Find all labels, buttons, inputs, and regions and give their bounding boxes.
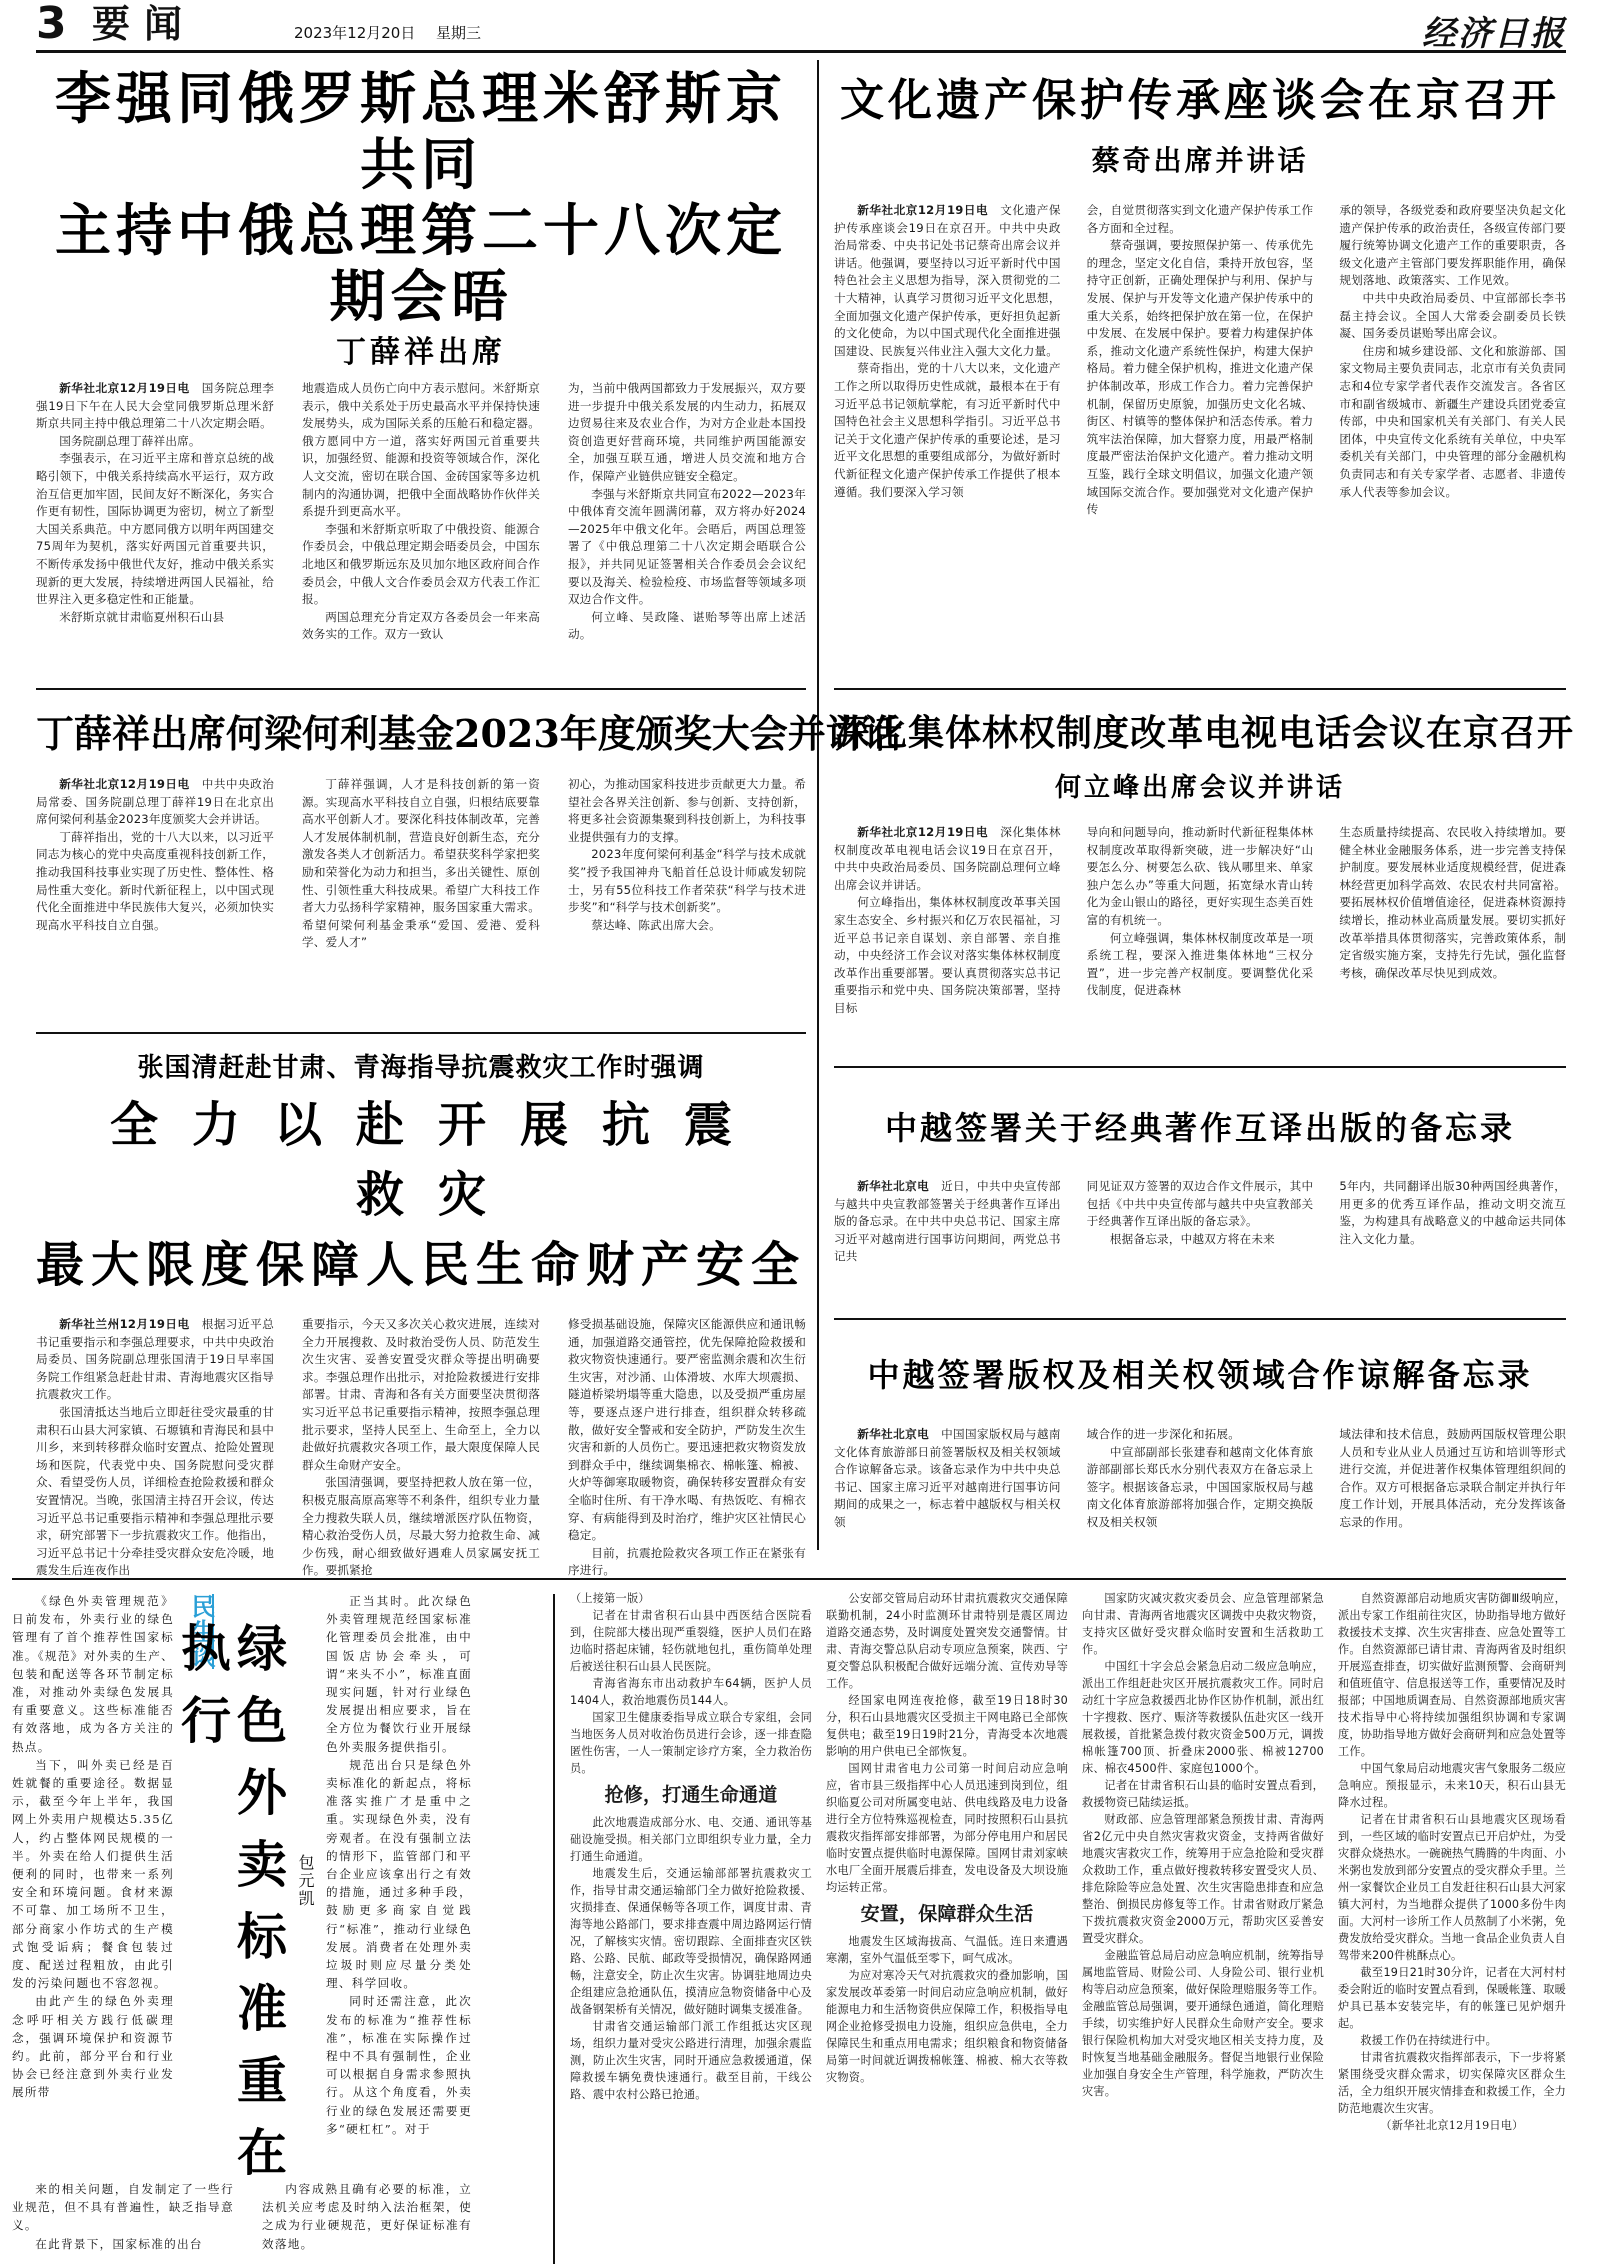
paragraph: 金融监管总局启动应急响应机制，统筹指导属地监管局、财险公司、人身险公司、银行业机… bbox=[1082, 1947, 1324, 2100]
page-number: 3 bbox=[36, 2, 67, 46]
masthead-rule bbox=[36, 50, 1566, 53]
dateline: 新华社北京电 bbox=[857, 1179, 929, 1193]
section-subhead: 安置，保障群众生活 bbox=[826, 1906, 1068, 1923]
paragraph: 规范出台只是绿色外卖标准化的新起点，将标准落实推广才是重中之重。实现绿色外卖，没… bbox=[326, 1756, 472, 1993]
section-subhead: 抢修，打通生命通道 bbox=[570, 1787, 812, 1804]
commentary-col1: 《绿色外卖管理规范》日前发布，外卖行业的绿色管理有了首个推荐性国家标准。《规范》… bbox=[12, 1592, 174, 2102]
section-rule bbox=[834, 688, 1566, 690]
paragraph: 导向和问题导向，推动新时代新征程集体林权制度改革取得新突破，进一步解决好“山要怎… bbox=[1087, 824, 1314, 930]
continued-col3: 国家防灾减灾救灾委员会、应急管理部紧急向甘肃、青海两省地震灾区调拨中央救灾物资，… bbox=[1082, 1590, 1324, 2100]
column-divider bbox=[553, 1594, 555, 2264]
dateline: 新华社北京12月19日电 bbox=[59, 777, 189, 791]
dateline: 新华社北京电 bbox=[857, 1427, 929, 1441]
paragraph: 蔡达峰、陈武出席大会。 bbox=[568, 917, 806, 935]
paragraph: 记者在甘肃省积石山县中西医结合医院看到，住院部大楼出现严重裂缝，医护人员们在路边… bbox=[570, 1607, 812, 1675]
headline: 中越签署版权及相关权领域合作谅解备忘录 bbox=[834, 1330, 1566, 1420]
headline: 主持中俄总理第二十八次定期会晤 bbox=[36, 198, 806, 330]
headline: 全力以赴开展抗震救灾 bbox=[36, 1090, 806, 1230]
paragraph: 救援工作仍在持续进行中。 bbox=[1338, 2032, 1566, 2049]
paragraph: 蔡奇指出，党的十八大以来，文化遗产工作之所以取得历史性成就，最根本在于有习近平总… bbox=[834, 360, 1061, 501]
jump-note: （上接第一版） bbox=[570, 1590, 812, 1607]
commentary-green-delivery: 《绿色外卖管理规范》日前发布，外卖行业的绿色管理有了首个推荐性国家标准。《规范》… bbox=[12, 1592, 542, 2262]
continued-col2: 公安部交管局启动环甘肃抗震救灾交通保障联勤机制，24小时监测环甘肃特别是震区周边… bbox=[826, 1590, 1068, 2086]
headline: 最大限度保障人民生命财产安全 bbox=[36, 1230, 806, 1300]
subheadline: 何立峰出席会议并讲话 bbox=[834, 766, 1566, 810]
paragraph: 《绿色外卖管理规范》日前发布，外卖行业的绿色管理有了首个推荐性国家标准。《规范》… bbox=[12, 1592, 174, 1756]
paragraph: 国网甘肃省电力公司第一时间启动应急响应，省市县三级指挥中心人员迅速到岗到位，组织… bbox=[826, 1760, 1068, 1896]
paragraph: 中宣部副部长张建春和越南文化体育旅游部副部长郑氏水分别代表双方在备忘录上签字。根… bbox=[1087, 1444, 1314, 1532]
paragraph: 中国气象局启动地震灾害气象服务二级应急响应。预报显示，未来10天，积石山县无降水… bbox=[1338, 1760, 1566, 1811]
article-body: 新华社北京电 中国国家版权局与越南文化体育旅游部日前签署版权及相关权领域合作谅解… bbox=[834, 1426, 1566, 1532]
paragraph: 为，当前中俄两国都致力于发展振兴，双方要进一步提升中俄关系发展的内生动力，拓展双… bbox=[568, 380, 806, 486]
paragraph: 为应对寒冷天气对抗震救灾的叠加影响，国家发展改革委第一时间启动应急响应机制，做好… bbox=[826, 1967, 1068, 2086]
paragraph: 在此背景下，国家标准的出台 bbox=[12, 2235, 234, 2253]
paragraph: 同见证双方签署的双边合作文件展示，其中包括《中共中央宣传部与越共中央宣教部关于经… bbox=[1087, 1178, 1314, 1231]
paragraph: 根据备忘录，中越双方将在未来 bbox=[1087, 1231, 1314, 1249]
paragraph: 地震发生后，交通运输部部署抗震救灾工作，指导甘肃交通运输部门全力做好抢险救援、灾… bbox=[570, 1865, 812, 2018]
headline: 中越签署关于经典著作互译出版的备忘录 bbox=[834, 1080, 1566, 1176]
paragraph: 蔡奇强调，要按照保护第一、传承优先的理念，坚定文化自信，秉持开放包容，坚持守正创… bbox=[1087, 237, 1314, 519]
section-rule bbox=[36, 1032, 806, 1034]
paragraph: 公安部交管局启动环甘肃抗震救灾交通保障联勤机制，24小时监测环甘肃特别是震区周边… bbox=[826, 1590, 1068, 1692]
commentary-col1-bottom: 来的相关问题，自发制定了一些行业规范，但不具有普遍性，缺乏指导意义。 在此背景下… bbox=[12, 2180, 234, 2253]
paragraph: 米舒斯京就甘肃临夏州积石山县 bbox=[36, 609, 274, 627]
commentary-headline: 绿色外卖标准重在执行 bbox=[230, 1622, 286, 2262]
paragraph: 地震发生区域海拔高、气温低。连日来遭遇寒潮，室外气温低至零下，呵气成冰。 bbox=[826, 1933, 1068, 1967]
paragraph: 记者在甘肃省积石山县的临时安置点看到，救援物资已陆续运抵。 bbox=[1082, 1777, 1324, 1811]
paragraph: 何立峰强调，集体林权制度改革是一项系统工程，要深入推进集体林地“三权分置”，进一… bbox=[1087, 930, 1314, 1000]
continued-col4: 自然资源部启动地质灾害防御Ⅲ级响应，派出专家工作组前往灾区，协助指导地方做好救援… bbox=[1338, 1590, 1566, 2134]
continued-report: （上接第一版） 记者在甘肃省积石山县中西医结合医院看到，住院部大楼出现严重裂缝，… bbox=[570, 1590, 1566, 2262]
headline: 文化遗产保护传承座谈会在京召开 bbox=[834, 66, 1566, 136]
paragraph: 中国国家版权局与越南文化体育旅游部日前签署版权及相关权领域合作谅解备忘录。该备忘… bbox=[834, 1427, 1061, 1529]
continued-col1: （上接第一版） 记者在甘肃省积石山县中西医结合医院看到，住院部大楼出现严重裂缝，… bbox=[570, 1590, 812, 2103]
paragraph: 李强与米舒斯京共同宣布2022—2023年中俄体育交流年圆满闭幕，双方将办好20… bbox=[568, 486, 806, 609]
kicker: 张国清赶赴甘肃、青海指导抗震救灾工作时强调 bbox=[36, 1046, 806, 1090]
paragraph: 张国清抵达当地后立即赶往受灾最重的甘肃积石山县大河家镇、石塬镇和青海民和县中川乡… bbox=[36, 1404, 274, 1580]
article-body: 新华社北京12月19日电 文化遗产保护传承座谈会19日在京召开。中共中央政治局常… bbox=[834, 202, 1566, 519]
paragraph: 何立峰指出，集体林权制度改革事关国家生态安全、乡村振兴和亿万农民福祉，习近平总书… bbox=[834, 894, 1061, 1017]
article-forest-rights: 深化集体林权制度改革电视电话会议在京召开 何立峰出席会议并讲话 新华社北京12月… bbox=[834, 700, 1566, 1018]
issue-date: 2023年12月20日 bbox=[294, 22, 415, 43]
dateline: 新华社北京12月19日电 bbox=[857, 203, 988, 217]
paragraph: 同时还需注意，此次发布的标准为“推荐性标准”，标准在实际操作过程中不具有强制性，… bbox=[326, 1992, 472, 2138]
masthead: 3 要闻 2023年12月20日 星期三 经济日报 bbox=[36, 0, 1566, 48]
paragraph: 两国总理充分肯定双方各委员会一年来高效务实的工作。双方一致认 bbox=[302, 609, 540, 644]
article-body: 新华社北京12月19日电 深化集体林权制度改革电视电话会议19日在京召开，中共中… bbox=[834, 824, 1566, 1018]
section-name: 要闻 bbox=[92, 4, 196, 44]
paragraph: 当下，叫外卖已经是百姓就餐的重要途径。数据显示，截至今年上半年，我国网上外卖用户… bbox=[12, 1756, 174, 1993]
paragraph: 丁薛祥指出，党的十八大以来，以习近平同志为核心的党中央高度重视科技创新工作，推动… bbox=[36, 829, 274, 935]
bottom-section-rule bbox=[12, 1578, 1566, 1580]
paragraph: 域合作的进一步深化和拓展。 bbox=[1087, 1426, 1314, 1444]
section-rule bbox=[834, 1066, 1566, 1068]
issue-weekday: 星期三 bbox=[436, 22, 481, 43]
paragraph: 经国家电网连夜抢修，截至19日18时30分，积石山县地震灾区受损主干网电路已全部… bbox=[826, 1692, 1068, 1760]
paragraph: 记者在甘肃省积石山县地震灾区现场看到，一些区域的临时安置点已开启炉灶，为受灾群众… bbox=[1338, 1811, 1566, 1964]
article-li-qiang: 李强同俄罗斯总理米舒斯京共同 主持中俄总理第二十八次定期会晤 丁薛祥出席 新华社… bbox=[36, 66, 806, 644]
paragraph: 此次地震造成部分水、电、交通、通讯等基础设施受损。相关部门立即组织专业力量，全力… bbox=[570, 1814, 812, 1865]
paragraph: 中国红十字会总会紧急启动二级应急响应，派出工作组赶赴灾区开展抗震救灾工作。同时启… bbox=[1082, 1658, 1324, 1777]
paragraph: 重要指示，今天又多次关心救灾进展，连续对全力开展搜救、及时救治受伤人员、防范发生… bbox=[302, 1316, 540, 1474]
paragraph: 国家防灾减灾救灾委员会、应急管理部紧急向甘肃、青海两省地震灾区调拨中央救灾物资，… bbox=[1082, 1590, 1324, 1658]
paragraph: 5年内，共同翻译出版30种两国经典著作，用更多的优秀互译作品，推动文明交流互鉴，… bbox=[1339, 1178, 1566, 1248]
dateline: 新华社北京12月19日电 bbox=[59, 381, 189, 395]
paragraph: 自然资源部启动地质灾害防御Ⅲ级响应，派出专家工作组前往灾区，协助指导地方做好救援… bbox=[1338, 1590, 1566, 1760]
column-divider bbox=[817, 60, 819, 1550]
headline: 李强同俄罗斯总理米舒斯京共同 bbox=[36, 66, 806, 198]
paper-logo: 经济日报 bbox=[1422, 6, 1566, 55]
subheadline: 丁薛祥出席 bbox=[36, 330, 806, 376]
dateline: 新华社兰州12月19日电 bbox=[59, 1317, 189, 1331]
article-body: 新华社北京12月19日电 国务院总理李强19日下午在人民大会堂同俄罗斯总理米舒斯… bbox=[36, 380, 806, 644]
sign-off: （新华社北京12月19日电） bbox=[1338, 2117, 1566, 2134]
paragraph: 初心，为推动国家科技进步贡献更大力量。希望社会各界关注创新、参与创新、支持创新，… bbox=[568, 776, 806, 846]
section-rule bbox=[834, 1318, 1566, 1320]
paragraph: 截至19日21时30分许，记者在大河村村委会附近的临时安置点看到，保暖帐篷、取暖… bbox=[1338, 1964, 1566, 2032]
article-body: 新华社北京电 近日，中共中央宣传部与越共中央宣教部签署关于经典著作互译出版的备忘… bbox=[834, 1178, 1566, 1266]
article-vietnam-copyright: 中越签署版权及相关权领域合作谅解备忘录 新华社北京电 中国国家版权局与越南文化体… bbox=[834, 1330, 1566, 1532]
paragraph: 张国清强调，要坚持把救人放在第一位，积极克服高原高寒等不利条件，组织专业力量全力… bbox=[302, 1474, 540, 1580]
paragraph: 青海省海东市出动救护车64辆，医护人员1404人，救治地震伤员144人。 bbox=[570, 1675, 812, 1709]
paragraph: 生态质量持续提高、农民收入持续增加。要健全林业金融服务体系，进一步完善支持保护制… bbox=[1339, 824, 1566, 982]
paragraph: 会，自觉贯彻落实到文化遗产保护传承工作各方面和全过程。 bbox=[1087, 202, 1314, 237]
paragraph: 甘肃省抗震救灾指挥部表示，下一步将紧紧围绕受灾群众需求，切实保障灾区群众生活，全… bbox=[1338, 2049, 1566, 2117]
paragraph: 李强和米舒斯京听取了中俄投资、能源合作委员会，中俄总理定期会晤委员会，中国东北地… bbox=[302, 521, 540, 609]
paragraph: 目前，抗震抢险救灾各项工作正在紧张有序进行。 bbox=[568, 1545, 806, 1580]
paragraph: 正当其时。此次绿色外卖管理规范经国家标准化管理委员会批准，由中国饭店协会牵头，可… bbox=[326, 1592, 472, 1756]
paragraph: 由此产生的绿色外卖理念呼吁相关方践行低碳理念，强调环境保护和资源节约。此前，部分… bbox=[12, 1992, 174, 2101]
paragraph: 内容成熟且确有必要的标准，立法机关应考虑及时纳入法治框架，使之成为行业硬规范，更… bbox=[262, 2180, 472, 2253]
paragraph: 承的领导，各级党委和政府要坚决负起文化遗产保护传承的政治责任，各级宣传部门要履行… bbox=[1339, 202, 1566, 290]
article-earthquake: 张国清赶赴甘肃、青海指导抗震救灾工作时强调 全力以赴开展抗震救灾 最大限度保障人… bbox=[36, 1046, 806, 1580]
article-body: 新华社兰州12月19日电 根据习近平总书记重要指示和李强总理要求，中共中央政治局… bbox=[36, 1316, 806, 1580]
paragraph: 中共中央政治局委员、中宣部部长李书磊主持会议。全国人大常委会副委员长铁凝、国务委… bbox=[1339, 290, 1566, 343]
commentary-col2-bottom: 内容成熟且确有必要的标准，立法机关应考虑及时纳入法治框架，使之成为行业硬规范，更… bbox=[262, 2180, 472, 2253]
article-heritage: 文化遗产保护传承座谈会在京召开 蔡奇出席并讲话 新华社北京12月19日电 文化遗… bbox=[834, 66, 1566, 519]
dateline: 新华社北京12月19日电 bbox=[857, 825, 988, 839]
paragraph: 国务院副总理丁薛祥出席。 bbox=[36, 433, 274, 451]
paragraph: 来的相关问题，自发制定了一些行业规范，但不具有普遍性，缺乏指导意义。 bbox=[12, 2180, 234, 2235]
paragraph: 国家卫生健康委指导成立联合专家组，会同当地医务人员对收治伤员进行会诊，逐一排查隐… bbox=[570, 1709, 812, 1777]
paragraph: 地震造成人员伤亡向中方表示慰问。米舒斯京表示，俄中关系处于历史最高水平并保持快速… bbox=[302, 380, 540, 521]
paragraph: 域法律和技术信息，鼓励两国版权管理公职人员和专业从业人员通过互访和培训等形式进行… bbox=[1339, 1426, 1566, 1532]
commentary-col2: 正当其时。此次绿色外卖管理规范经国家标准化管理委员会批准，由中国饭店协会牵头，可… bbox=[326, 1592, 472, 2138]
paragraph: 何立峰、吴政隆、谌贻琴等出席上述活动。 bbox=[568, 609, 806, 644]
article-vietnam-classics: 中越签署关于经典著作互译出版的备忘录 新华社北京电 近日，中共中央宣传部与越共中… bbox=[834, 1080, 1566, 1266]
headline: 丁薛祥出席何梁何利基金2023年度颁奖大会并讲话 bbox=[36, 700, 806, 768]
article-body: 新华社北京12月19日电 中共中央政治局常委、国务院副总理丁薛祥19日在北京出席… bbox=[36, 776, 806, 952]
paragraph: 丁薛祥强调，人才是科技创新的第一资源。实现高水平科技自立自强，归根结底要靠高水平… bbox=[302, 776, 540, 952]
paragraph: 住房和城乡建设部、文化和旅游部、国家文物局主要负责同志，北京市有关负责同志和4位… bbox=[1339, 343, 1566, 501]
section-rule bbox=[36, 688, 806, 690]
paragraph: 李强表示，在习近平主席和普京总统的战略引领下，中俄关系持续高水平运行，双方政治互… bbox=[36, 450, 274, 608]
paragraph: 财政部、应急管理部紧急预拨甘肃、青海两省2亿元中央自然灾害救灾资金，支持两省做好… bbox=[1082, 1811, 1324, 1947]
article-ho-leung-ho-lee: 丁薛祥出席何梁何利基金2023年度颁奖大会并讲话 新华社北京12月19日电 中共… bbox=[36, 700, 806, 952]
paragraph: 2023年度何梁何利基金“科学与技术成就奖”授予我国神舟飞船首任总设计师戚发轫院… bbox=[568, 846, 806, 916]
headline: 深化集体林权制度改革电视电话会议在京召开 bbox=[834, 700, 1566, 766]
paragraph: 文化遗产保护传承座谈会19日在京召开。中共中央政治局常委、中央书记处书记蔡奇出席… bbox=[834, 203, 1061, 358]
paragraph: 修受损基础设施，保障灾区能源供应和通讯畅通，加强道路交通管控，优先保障抢险救援和… bbox=[568, 1316, 806, 1545]
author-byline: 包元凯 bbox=[294, 1854, 317, 1908]
subheadline: 蔡奇出席并讲话 bbox=[834, 136, 1566, 186]
paragraph: 甘肃省交通运输部门派工作组抵达灾区现场，组织力量对受灾公路进行清理，加强余震监测… bbox=[570, 2018, 812, 2103]
